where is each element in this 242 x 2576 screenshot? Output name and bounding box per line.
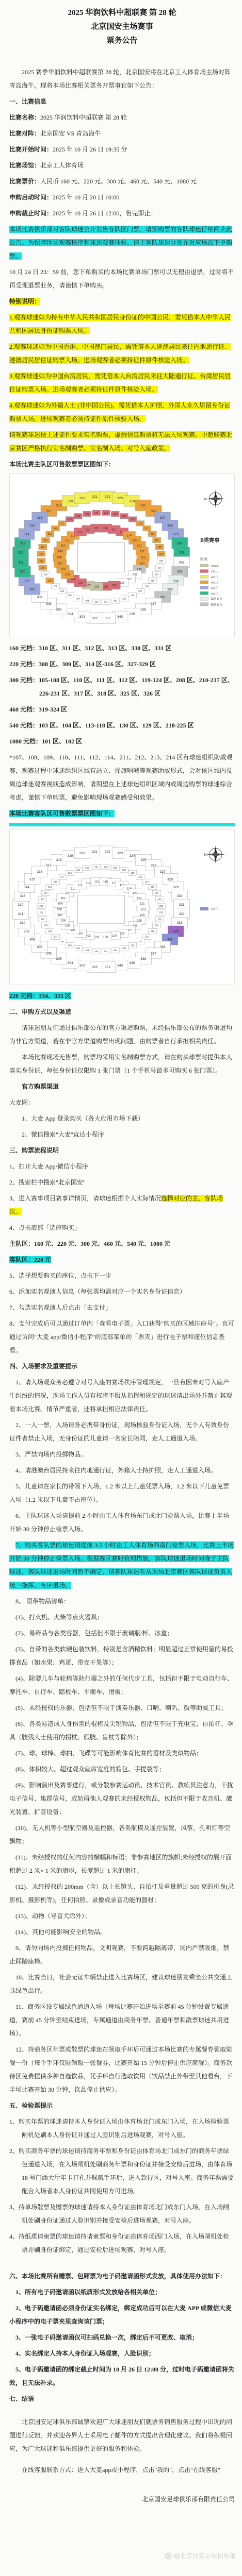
text-segment: 四、入场要求及重要提示 <box>9 1363 77 1370</box>
legend-label: 160元 <box>211 592 218 596</box>
legend-swatch <box>200 597 208 600</box>
stadium-section-label: 107 <box>58 914 63 917</box>
text-segment: 6、主队球迷入场请提前 2 小时由工人体育场东门或北门验票入场，比赛上半场开始 … <box>9 1512 229 1533</box>
stadium-section-label: 239 <box>122 947 126 950</box>
paragraph: 五、检验票提示 <box>9 2099 235 2112</box>
stadium-section-label: 318 <box>56 858 62 862</box>
text-segment: 5、选择想要购买的座位，点击下一步 <box>9 1272 111 1279</box>
paragraph: (9)、影响演出及赛事进行，或分散参赛运动员、技术官员、教练员注意力，干扰电子信… <box>9 1778 235 1819</box>
stadium-section-label: 212 <box>39 905 43 907</box>
stadium-section-label: 212 <box>39 552 43 555</box>
stadium-section-label: 108 <box>57 908 62 911</box>
paragraph: 4、请港澳台居民持来往内地通行证，外籍人士持护照，走人工通道入场。 <box>9 1464 235 1477</box>
text-segment: 1080 元档： <box>9 738 42 745</box>
stadium-section-label: 305 <box>56 957 62 961</box>
text-segment: 8、 限带物品清单： <box>15 1598 70 1605</box>
paragraph: 比赛票价：人民币 160 元、220 元、300 元、460 元、540 元、1… <box>9 175 235 188</box>
text-segment: 4、请港澳台居民持来往内地通行证，外籍人士持护照，走人工通道入场。 <box>15 1467 217 1474</box>
text-segment: 5、电子码邀请函的绑定截止时间为 10 月 26 日 12:00 分，过时电子码… <box>9 2366 234 2386</box>
spacer <box>9 2479 235 2493</box>
stadium-section-label: 230 <box>158 546 162 548</box>
text-segment: 101 区、102 区 <box>42 738 82 745</box>
legend-label: 540元 <box>211 570 218 573</box>
legend-label: 220元 <box>211 908 218 911</box>
paragraph: (4)、除婴儿车与轮椅等助行器之外的任何代步工具，包括但不限于电动自行车、摩托车… <box>9 1672 235 1699</box>
stadium-section-label: 324 <box>130 500 135 503</box>
stadium-section-label: 105 <box>65 573 70 577</box>
paragraph: 1、打开大麦 App/微信小程序 <box>9 1160 235 1173</box>
text-segment: 540 元档： <box>9 722 39 729</box>
text-segment: (7)、球、球棒、球拍、飞碟等可能影响体育比赛的器材及类似物品； <box>15 1750 202 1757</box>
legend-swatch <box>200 564 208 567</box>
text-segment: 319-324 区 <box>39 706 67 713</box>
paragraph: 5、选择想要购买的座位，点击下一步 <box>9 1269 235 1282</box>
text-segment: 北京国安 VS 青岛海牛 <box>40 130 101 137</box>
stadium-section-label: 315 <box>29 877 35 881</box>
paragraph: 本场比赛俱乐部对客队球迷公开发售客队区门票，请预购票的客队球迷仔细阅读此公告。为… <box>9 223 235 263</box>
text-segment: 本场比赛现场无售票，购票均采用实名制购票方式，请在购买球票时提供本人真实身份证，… <box>9 1054 232 1074</box>
stadium-section-label: 333 <box>177 570 183 574</box>
paragraph: 请球迷朋友们通过俱乐部公布的官方渠道购票，未经俱乐部公布的票务渠道均为非官方渠道… <box>9 1021 235 1048</box>
stadium-section-label: 334 <box>173 930 179 934</box>
paragraph: 6、主队球迷入场请提前 2 小时由工人体育场东门或北门验票入场，比赛上半场开始 … <box>9 1509 235 1536</box>
stadium-section-label: 115 <box>94 527 99 530</box>
paragraph: 11、商务区设专属绿色通道入场（每场比赛开始进场至赛前 45 分钟设置专属通道，… <box>9 2000 235 2040</box>
stadium-section-label: 204 <box>76 947 80 950</box>
stadium-section-label: 301 <box>105 617 110 620</box>
text-segment: (13)、动物（导盲犬除外）； <box>15 1912 91 1920</box>
stadium-section-label: 322 <box>105 495 110 499</box>
legend-swatch <box>200 575 208 578</box>
paragraph: 3、严禁向场内投掷物品。 <box>9 1448 235 1461</box>
text-segment: 本场比赛客队区可售散票票区图如下： <box>9 810 115 817</box>
spacer <box>9 48 235 65</box>
text-segment: (2)、易碎品与各类容器，包括但不限于玻璃瓶/杯、冰盒； <box>15 1630 173 1637</box>
stadium-section-label: 218 <box>68 518 72 520</box>
stadium-section-label: 335 <box>167 588 173 591</box>
text-segment: 2、搜索栏中搜索"北京国安" <box>9 1179 86 1186</box>
text-segment: 1、大麦 App 登录购买（各大应用市场下载） <box>22 1115 144 1122</box>
stadium-map-map2: 3173183193203213223233243253263273283293… <box>9 829 235 985</box>
text-segment: 本场比赛主队区可售散票票区图如下： <box>9 461 115 468</box>
paragraph: 特别说明： <box>9 295 235 308</box>
paragraph: (1)、打火机、火柴等点火器具； <box>9 1611 235 1624</box>
text-segment: 北京工人体育场 <box>40 162 84 169</box>
stadium-section-label: 222 <box>104 866 108 868</box>
text-segment: 主队区： <box>9 1240 34 1247</box>
text-segment: 2025 年 10 月 20 日 10:00 <box>53 194 119 201</box>
text-segment: (11)、未经授权的任何内容的横幅和标语；非参赛地区的旗帜;未经授权的展开面积超… <box>9 1854 232 1874</box>
stadium-section-label: 121 <box>137 545 142 548</box>
stadium-map-map1: 3173183193203213223233243253263273283293… <box>9 473 235 637</box>
stadium-section-label: 106 <box>60 920 66 923</box>
paragraph: 540 元档：103 区、104 区、113-118 区、130 区、129 区… <box>9 719 235 732</box>
stadium-section-label: 231 <box>159 905 164 907</box>
stadium-section-label: 222 <box>104 512 108 514</box>
text-segment: 2025 赛季华润饮料中超联赛第 28 轮，北京国安将在北京工人体育场主场对阵青… <box>9 69 231 89</box>
text-segment: 三、购票流程说明 <box>9 1147 59 1154</box>
stadium-section-label: 321 <box>92 495 98 499</box>
stadium-section-label: 214 <box>44 539 48 541</box>
stadium-section-label: 237 <box>138 590 142 592</box>
paragraph: 10 月 24 日 23：59 前，您下单购买的本场比赛单场门票可以无理由退票，… <box>9 265 235 292</box>
text-segment: 2、一人一票，入场请务必携带身份证，现场核验身份证入场，无个人有效身份证件者禁止… <box>9 1421 229 1442</box>
stadium-section-label: 225 <box>131 518 135 520</box>
stadium-section-label: 323 <box>117 497 123 500</box>
paragraph: 9、请勿向场内投掷任何物品，文明观赛，不要跨越隔离带，场内严禁吸烟，禁止踩踏座椅… <box>9 1941 235 1968</box>
stadium-section-label: 101 <box>94 585 100 588</box>
pitch <box>77 895 124 923</box>
paragraph: 8、 限带物品清单： <box>9 1595 235 1608</box>
stadium-section-label: 312 <box>18 903 24 907</box>
stadium-section-label: 309 <box>24 579 29 583</box>
stadium-section-label: 327 <box>160 516 166 520</box>
paragraph: 4、持纸质请柬票的球迷请持请柬票和身份证由体育场西门入场，在入场闸机处检票并刷身… <box>9 2230 235 2257</box>
stadium-section-label: 129 <box>111 935 117 938</box>
legend-swatch <box>200 603 208 606</box>
stadium-section-label: 218 <box>68 872 72 874</box>
stadium-section-label: 110 <box>60 545 65 548</box>
stadium-section-label: 329 <box>173 886 179 889</box>
stadium-section-label: 332 <box>179 912 185 916</box>
stadium-section-label: 339 <box>130 961 135 965</box>
stadium-section-label: 332 <box>179 561 185 564</box>
stadium-section-label: 123 <box>140 556 146 560</box>
text-segment: 3.观赛球迷如为中国台湾居民，需凭借本人台湾居民来往大陆通行证、台湾居民居住证购… <box>9 372 231 393</box>
paragraph: 主队区：160 元、220 元、300 元、460 元、540 元、1080 元 <box>9 1237 235 1250</box>
text-segment: 3、一张电子码邀请函仅可扫码兑换一次，绑定后不可更改、取消； <box>15 2334 198 2341</box>
watermark-text: @北京国安足球俱乐部 <box>174 2551 236 2560</box>
stadium-section-label: 307 <box>37 596 43 599</box>
paragraph: 10、比赛当日，社会无证车辆禁止进入比赛场区，建议球迷朋友乘坐公共交通工具绿色出… <box>9 1971 235 1997</box>
stadium-section-label: 233 <box>158 566 162 569</box>
text-segment: 北京国安足球俱乐部有限责任公司 <box>142 2496 235 2503</box>
stadium-section-label: 239 <box>122 597 126 600</box>
stadium-section-label: 315 <box>29 524 35 528</box>
paragraph: 1、所有电子码邀请函以纸质形式发放给各相关单位； <box>9 2285 235 2299</box>
paragraph: 官方购票渠道 <box>9 1080 235 1093</box>
paragraph: (6)、各类易造成人身伤害的棍棒及尖锐物品，包括但不限于充电宝、自拍杆、伞具（肢… <box>9 1717 235 1744</box>
paragraph: 1、大麦 App 登录购买（各大应用市场下载） <box>9 1112 235 1125</box>
text-segment: 北京国安足球俱乐部诚挚欢迎广大球迷朋友们就票务销售服务过程中出现的问题进行反馈，… <box>9 2418 232 2452</box>
text-segment: 请观赛球迷按上述证件要求实名购票，虚假信息购票将无法入场观赛。中超联赛北京赛区严… <box>9 431 232 452</box>
stadium-section-label: 226 <box>138 876 142 878</box>
paragraph: 比赛场馆：北京工人体育场 <box>9 159 235 172</box>
stadium-section-label: 325 <box>140 858 146 862</box>
text-segment: 5、儿童请在家长的带领下入场，1.2 米以上儿童凭票入场，1.2 米以下儿童免票… <box>9 1483 229 1503</box>
stadium-section-label: 331 <box>179 903 185 907</box>
legend-label: 300元 <box>211 581 218 585</box>
stadium-section-label: 310 <box>20 570 25 574</box>
event-class-label: B类赛事 <box>200 537 220 544</box>
stadium-section-label: 320 <box>79 497 85 500</box>
text-segment: (6)、各类易造成人身伤害的棍棒及尖锐物品，包括但不限于充电宝、自拍杆、伞具（肢… <box>9 1720 233 1741</box>
paragraph: *107、108、109、110、111、112、114、211、212、213… <box>9 751 235 804</box>
stadium-section-label: 203 <box>85 949 89 952</box>
stadium-section-label: 304 <box>68 612 73 616</box>
stadium-section-label: 303 <box>79 615 85 619</box>
text-segment: 10 月 24 日 23：59 前，您下单购买的本场比赛单场门票可以无理由退票，… <box>9 268 234 289</box>
text-segment: 2、微信搜索"大麦"直达小程序 <box>22 1131 104 1138</box>
paragraph: 二、申购方式以及渠道 <box>9 1005 235 1019</box>
text-segment: (8)、体积较大、超过观众座席宽度的箱包、手提袋等； <box>15 1766 165 1773</box>
stadium-section-label: 217 <box>60 522 64 524</box>
text-segment: 220 元档：334、335 区 <box>9 992 71 999</box>
paragraph: 8、支付完成后可以通过订单内「查看电子票」入口获得"购买的区域排座号"。也可通过… <box>9 1317 235 1357</box>
text-segment: 官方购票渠道 <box>22 1083 59 1090</box>
text-segment: 10、比赛当日，社会无证车辆禁止进入比赛场区，建议球迷朋友乘坐公共交通工具绿色出… <box>9 1974 232 1994</box>
stadium-section-label: 327 <box>160 870 166 874</box>
text-segment: 1、所有电子码邀请函以纸质形式发放给各相关单位； <box>15 2289 161 2296</box>
legend-label: 460元 <box>211 575 218 579</box>
text-segment: (4)、除婴儿车与轮椅等助行器之外的任何代步工具，包括但不限于电动自行车、摩托车… <box>9 1675 233 1696</box>
stadium-section-label: 238 <box>131 594 135 597</box>
stadium-section-label: 333 <box>177 921 183 925</box>
legend-label: 1080元 <box>211 564 219 568</box>
text-segment: 160 元、220 元、300 元、460 元、540 元、1080 元 <box>34 1240 170 1247</box>
stadium-section-label: 313 <box>20 541 25 545</box>
stadium-section-label: 314 <box>24 886 29 889</box>
stadium-section-label: 238 <box>131 944 135 946</box>
stadium-section-label: 105 <box>65 924 70 927</box>
text-segment: 4、实名绑定人持本人身份证入场观赛，人脸识别； <box>15 2350 155 2357</box>
paragraph: 一、比赛信息 <box>9 95 235 108</box>
text-segment: 大麦网： <box>9 1099 34 1106</box>
paragraph: 申购截止时间：2025 年 10 月 26 日 12:00，售完即止。 <box>9 207 235 220</box>
stadium-section-label: 340 <box>117 964 123 968</box>
stadium-section-label: 210 <box>41 566 45 569</box>
text-segment: 2025 年 10 月 26 日 19:35 分 <box>53 146 127 153</box>
stadium-section-label: 338 <box>140 957 146 961</box>
paragraph: 460 元档：319-324 区 <box>9 703 235 716</box>
stadium-section-label: 237 <box>138 940 142 943</box>
stadium-section-label: 213 <box>41 898 45 901</box>
stadium-section-label: 215 <box>48 533 52 535</box>
text-segment: 申购启动时间： <box>9 194 53 201</box>
stadium-section-label: 211 <box>40 911 43 914</box>
stadium-section-label: 337 <box>151 602 156 606</box>
text-segment: 比赛开始时间： <box>9 146 53 153</box>
legend-label: 球队看台 <box>211 597 222 601</box>
stadium-section-label: 109 <box>58 903 63 906</box>
stadium-section-label: 339 <box>130 612 135 616</box>
stadium-section-label: 308 <box>29 588 35 591</box>
stadium-section-label: 234 <box>155 924 159 927</box>
text-segment: 7、购买客队票的球迷请提前 3.5 小时由工人体育场西南门检票入场，比赛上半场开… <box>9 1541 234 1589</box>
text-segment: 比赛对阵： <box>9 130 40 137</box>
stadium-section-label: 130 <box>103 936 108 939</box>
text-segment: 2025 华润饮料中超联赛 第 28 轮 <box>40 114 127 121</box>
text-segment: 8、支付完成后可以通过订单内「查看电子票」入口获得"购买的区域排座号"。也可通过… <box>9 1320 234 1354</box>
text-segment: 比赛票价： <box>9 178 40 185</box>
text-segment: 1.观赛球迷如为持有中华人民共和国居民身份证的中国公民，需凭借本人中华人民共和国… <box>9 314 231 334</box>
paragraph: 比赛对阵：北京国安 VS 青岛海牛 <box>9 127 235 140</box>
stadium-section-label: 204 <box>76 597 80 600</box>
text-segment: 300 元档： <box>9 676 39 684</box>
stadium-section-label: 308 <box>29 938 35 942</box>
text-segment: 请球迷朋友们通过俱乐部公布的官方渠道购票，未经俱乐部公布的票务渠道均为非官方渠道… <box>9 1024 232 1045</box>
spacer <box>9 2259 235 2269</box>
stadium-section-label: 130 <box>103 585 108 588</box>
text-segment: 六、本场比赛所有赠票、包厢票为电子码邀请函形式发放，具体使用办法如下： <box>9 2273 226 2280</box>
stadium-section-label: 101 <box>94 936 100 939</box>
paragraph: (10)、无人机等小型航空器及遥控器，各类航模及遥控装置，风筝，孔明灯等空飘物； <box>9 1821 235 1848</box>
text-segment: 客队区：220 元 <box>9 1256 51 1263</box>
paragraph: (2)、易碎品与各类容器，包括但不限于玻璃瓶/杯、冰盒； <box>9 1626 235 1640</box>
paragraph: 客队区：220 元 <box>9 1253 235 1266</box>
paragraph: 6、添加实名观演人信息（每张票均需对应一个实名身份证信息） <box>9 1285 235 1298</box>
text-segment: 七、结语 <box>9 2395 34 2402</box>
stadium-section-label: 214 <box>44 892 48 894</box>
paragraph: 3、进入赛事项目赛事详情页，请球迷根据个人实际情况选择对应的主、客队场次。 <box>9 1192 235 1218</box>
paragraph: 六、本场比赛所有赠票、包厢票为电子码邀请函形式发放，具体使用办法如下： <box>9 2269 235 2283</box>
paragraph: 220 元档：308 区、309 区、314 区-316 区、327-329 区 <box>9 657 235 671</box>
stadium-section-label: 224 <box>122 869 126 871</box>
legend-title: 图例: <box>200 556 208 561</box>
stadium-section-label: 220 <box>85 867 89 869</box>
paragraph: 2、搜索栏中搜索"北京国安" <box>9 1176 235 1189</box>
text-segment: 11、商务区设专属绿色通道入场（每场比赛开始进场至赛前 45 分钟设置专属通道，… <box>9 2003 229 2037</box>
pitch <box>77 543 124 572</box>
text-segment: 310 区、311 区、312 区、313 区、330 区、331 区 <box>39 645 171 652</box>
stadium-section-label: 219 <box>76 869 80 871</box>
paragraph: 3.观赛球迷如为中国台湾居民，需凭借本人台湾居民来往大陆通行证、台湾居民居住证购… <box>9 369 235 396</box>
paragraph: 比赛开始时间：2025 年 10 月 26 日 19:35 分 <box>9 143 235 156</box>
text-segment: *107、108、109、110、111、112、114、211、212、213… <box>9 754 232 801</box>
paragraph: (13)、动物（导盲犬除外）； <box>9 1909 235 1923</box>
paragraph: 5、电子码邀请函的绑定截止时间为 10 月 26 日 12:00 分，过时电子码… <box>9 2363 235 2389</box>
stadium-section-label: 309 <box>24 930 29 934</box>
compass-icon: N <box>204 846 224 863</box>
text-segment: (5)、未经授权的乐器，包括但不限于演奏乐器、口哨、喇叭、鼓等助威工具； <box>15 1704 227 1711</box>
text-segment: 460 元档： <box>9 706 39 713</box>
stadium-section-label: 240 <box>114 949 118 952</box>
paragraph: 4、点击底部「选座购买」 <box>9 1221 235 1234</box>
stadium-section-label: 216 <box>54 527 58 530</box>
paragraph: 220 元档：334、335 区 <box>9 989 235 1003</box>
text-segment: (14)、其他可能影响安全的物品。 <box>15 1928 106 1936</box>
stadium-section-label: 226 <box>138 522 142 524</box>
stadium-section-label: 240 <box>114 599 118 602</box>
legend-swatch <box>200 586 208 589</box>
text-segment: 人民币 160 元、220 元、300 元、460 元、540 元、1080 元 <box>40 178 197 185</box>
stadium-section-label: 302 <box>92 965 98 969</box>
stadium-section-label: 207 <box>54 585 58 588</box>
stadium-section-label: 313 <box>20 894 25 898</box>
stadium-section-label: 203 <box>85 599 89 602</box>
text-segment: 2、购买商务年票的球迷请持商务年票和身份证由体育场北门或东门的商务年票绿色通道入… <box>9 2147 234 2195</box>
stadium-section-label: 115 <box>94 880 99 884</box>
stadium-section-label: 320 <box>79 852 85 855</box>
paragraph: 160 元档：310 区、311 区、312 区、313 区、330 区、331… <box>9 641 235 655</box>
paragraph: 4、实名绑定人持本人身份证入场观赛，人脸识别； <box>9 2347 235 2360</box>
text-segment: 2、电子码邀请函必须身份证实名绑定，绑定成功后可以在大麦 APP 或微信大麦小程… <box>9 2304 232 2325</box>
paragraph: 1、购买年票的球迷请持本人身份证入场由体育场北门或东门入场，在入场检验票闸机处刷… <box>9 2115 235 2142</box>
stadium-section-label: 304 <box>68 961 73 965</box>
stadium-section-label: 223 <box>114 867 118 869</box>
stadium-section-label: 211 <box>40 560 43 562</box>
stadium-section-label: 221 <box>94 866 99 868</box>
stadium-section-label: 116 <box>103 527 108 530</box>
text-segment: 3、进入赛事项目赛事详情页，请球迷根据个人实际情况 <box>9 1195 161 1202</box>
stadium-section-label: 328 <box>167 877 173 881</box>
paragraph: 7、勾选实名观演人后点击「去支付」 <box>9 1301 235 1314</box>
paragraph: 北京国安足球俱乐部诚挚欢迎广大球迷朋友们就票务销售服务过程中出现的问题进行反馈，… <box>9 2415 235 2455</box>
stadium-section-label: 206 <box>60 940 64 943</box>
paragraph: 5、儿童请在家长的带领下入场，1.2 米以上儿童凭票入场，1.2 米以下儿童免票… <box>9 1480 235 1506</box>
paragraph: (8)、体积较大、超过观众座席宽度的箱包、手提袋等； <box>9 1762 235 1776</box>
text-segment: 申购截止时间： <box>9 210 53 217</box>
legend-swatch <box>200 591 208 595</box>
paragraph: 本场比赛主队区可售散票票区图如下： <box>9 457 235 471</box>
stadium-section-label: 235 <box>151 930 155 933</box>
text-segment: 160 元档： <box>9 645 39 652</box>
stadium-section-label: 209 <box>44 573 48 575</box>
stadium-section-label: 235 <box>151 580 155 582</box>
stadium-section-label: 108 <box>57 556 62 560</box>
paragraph: 2、电子码邀请函必须身份证实名绑定，绑定成功后可以在大麦 APP 或微信大麦小程… <box>9 2301 235 2328</box>
paragraph: 12、持商务区年票或散票的球迷在领取手环后可通过本场比赛的专属餐券领取简餐一份（… <box>9 2043 235 2096</box>
stadium-section-label: 335 <box>167 938 173 942</box>
paragraph: 2025 赛季华润饮料中超联赛第 28 轮，北京国安将在北京工人体育场主场对阵青… <box>9 65 235 92</box>
paragraph: 三、购票流程说明 <box>9 1144 235 1157</box>
stadium-section-label: 114 <box>86 529 91 532</box>
text-segment: 一、比赛信息 <box>9 98 46 105</box>
paragraph: 1.观赛球迷如为持有中华人民共和国居民身份证的中国公民，需凭借本人中华人民共和国… <box>9 311 235 337</box>
stadium-section-label: 116 <box>103 880 108 884</box>
paragraph: (14)、其他可能影响安全的物品。 <box>9 1925 235 1939</box>
stadium-section-label: 210 <box>41 918 45 920</box>
stadium-section-label: 213 <box>41 546 45 548</box>
stadium-section-label: 208 <box>48 580 52 582</box>
stadium-section-label: 221 <box>94 512 99 514</box>
text-segment: 105-108 区、110 区、111 区、112 区、119-124 区、20… <box>39 676 234 697</box>
text-segment: 2025 年 10 月 26 日 12:00，售完即止。 <box>53 210 156 217</box>
stadium-section-label: 124 <box>140 563 145 566</box>
paragraph: 北京国安足球俱乐部有限责任公司 <box>9 2493 235 2506</box>
stadium-section-label: 122 <box>140 550 145 553</box>
legend-label: 220元 <box>211 586 218 590</box>
legend-swatch <box>200 569 208 572</box>
stadium-section-label: 330 <box>177 541 183 545</box>
paragraph: 比赛名称：2025 华润饮料中超联赛 第 28 轮 <box>9 111 235 124</box>
paragraph: 2、一人一票，入场请务必携带身份证，现场核验身份证入场，无个人有效身份证件者禁止… <box>9 1418 235 1445</box>
stadium-section-label: 321 <box>92 850 98 854</box>
legend-swatch <box>200 907 208 910</box>
text-segment: 1、打开大麦 App/微信小程序 <box>9 1163 88 1170</box>
paragraph: 300 元档：105-108 区、110 区、111 区、112 区、119-1… <box>9 673 235 700</box>
text-segment: 4、持纸质请柬票的球迷请持请柬票和身份证由体育场西门入场，在入场闸机处检票并刷身… <box>9 2233 229 2253</box>
text-segment: 本场比赛俱乐部对客队球迷公开发售客队区门票，请预购票的客队球迷仔细阅读此公告。为… <box>9 226 232 260</box>
stadium-section-label: 324 <box>130 854 135 858</box>
stadium-section-label: 207 <box>54 936 58 938</box>
stadium-section-label: 301 <box>105 965 110 969</box>
text-segment: 五、检验票提示 <box>9 2102 53 2109</box>
legend-swatch <box>200 581 208 584</box>
spacer <box>9 2408 235 2415</box>
stadium-section-label: 106 <box>60 568 66 571</box>
watermark: @北京国安足球俱乐部 <box>165 2551 236 2560</box>
paragraph: 7、购买客队票的球迷请提前 3.5 小时由工人体育场西南门检票入场，比赛上半场开… <box>9 1538 235 1592</box>
text-segment: (1)、打火机、火柴等点火器具； <box>15 1614 103 1621</box>
text-segment: 特别说明： <box>9 298 40 305</box>
stadium-section-label: 201 <box>104 601 108 603</box>
stadium-section-label: 318 <box>56 504 62 507</box>
stadium-section-label: 328 <box>167 524 173 528</box>
text-segment: 103 区、104 区、113-118 区、130 区、129 区、218-22… <box>39 722 194 729</box>
text-segment: 1、购买年票的球迷请持本人身份证入场由体育场北门或东门入场，在入场检验票闸机处刷… <box>9 2118 229 2139</box>
stadium-section-label: 314 <box>24 533 29 536</box>
